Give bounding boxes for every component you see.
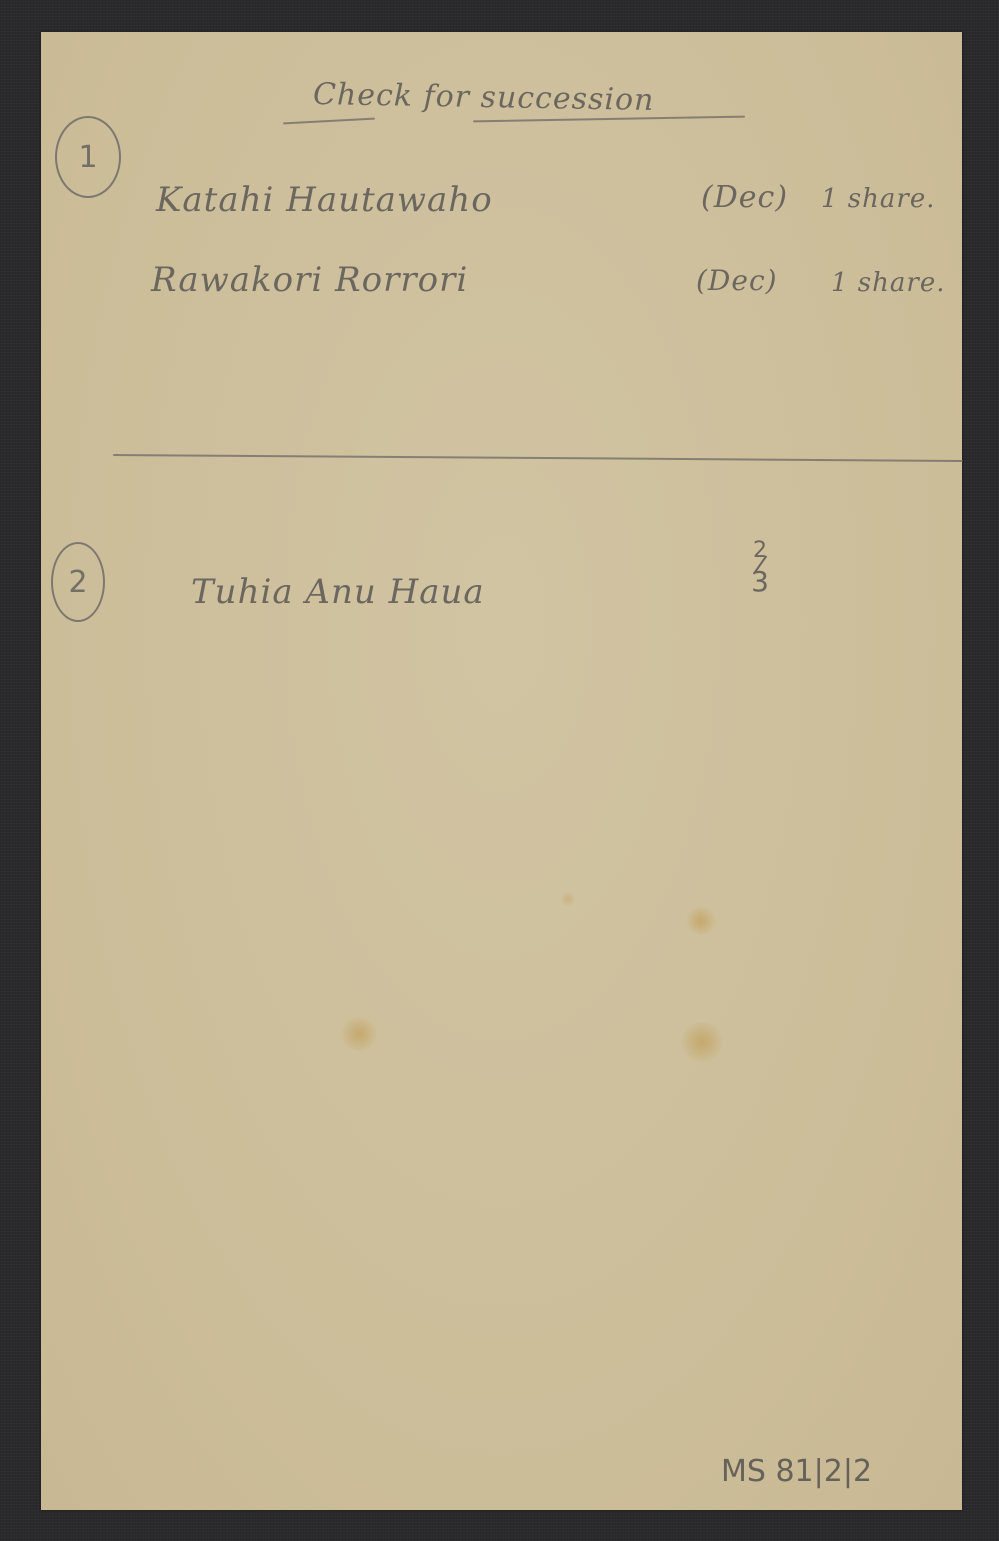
- entry-1-name: Katahi Hautawaho: [156, 180, 493, 220]
- foxing-spot: [341, 1017, 377, 1051]
- entry-2-status: (Dec): [696, 264, 778, 297]
- foxing-spot: [561, 892, 575, 906]
- shelfmark: MS 81|2|2: [721, 1454, 872, 1489]
- entry-3-text: Tuhia Anu Haua: [191, 572, 485, 612]
- foxing-spot: [686, 907, 716, 935]
- share-fraction: 2 3: [749, 540, 771, 596]
- paper-sheet: Check for succession 1 Katahi Hautawaho …: [41, 32, 962, 1510]
- entry-1-share: 1 share.: [821, 184, 935, 214]
- entry-2-name: Rawakori Rorrori: [151, 260, 468, 300]
- section-1-marker: 1: [55, 116, 121, 198]
- heading: Check for succession: [313, 77, 655, 118]
- section-divider: [113, 454, 963, 462]
- heading-underline-left: [283, 118, 375, 125]
- entry-1-status: (Dec): [701, 180, 788, 215]
- entry-2-share: 1 share.: [831, 268, 945, 298]
- section-2-marker: 2: [51, 542, 105, 622]
- foxing-spot: [681, 1022, 723, 1062]
